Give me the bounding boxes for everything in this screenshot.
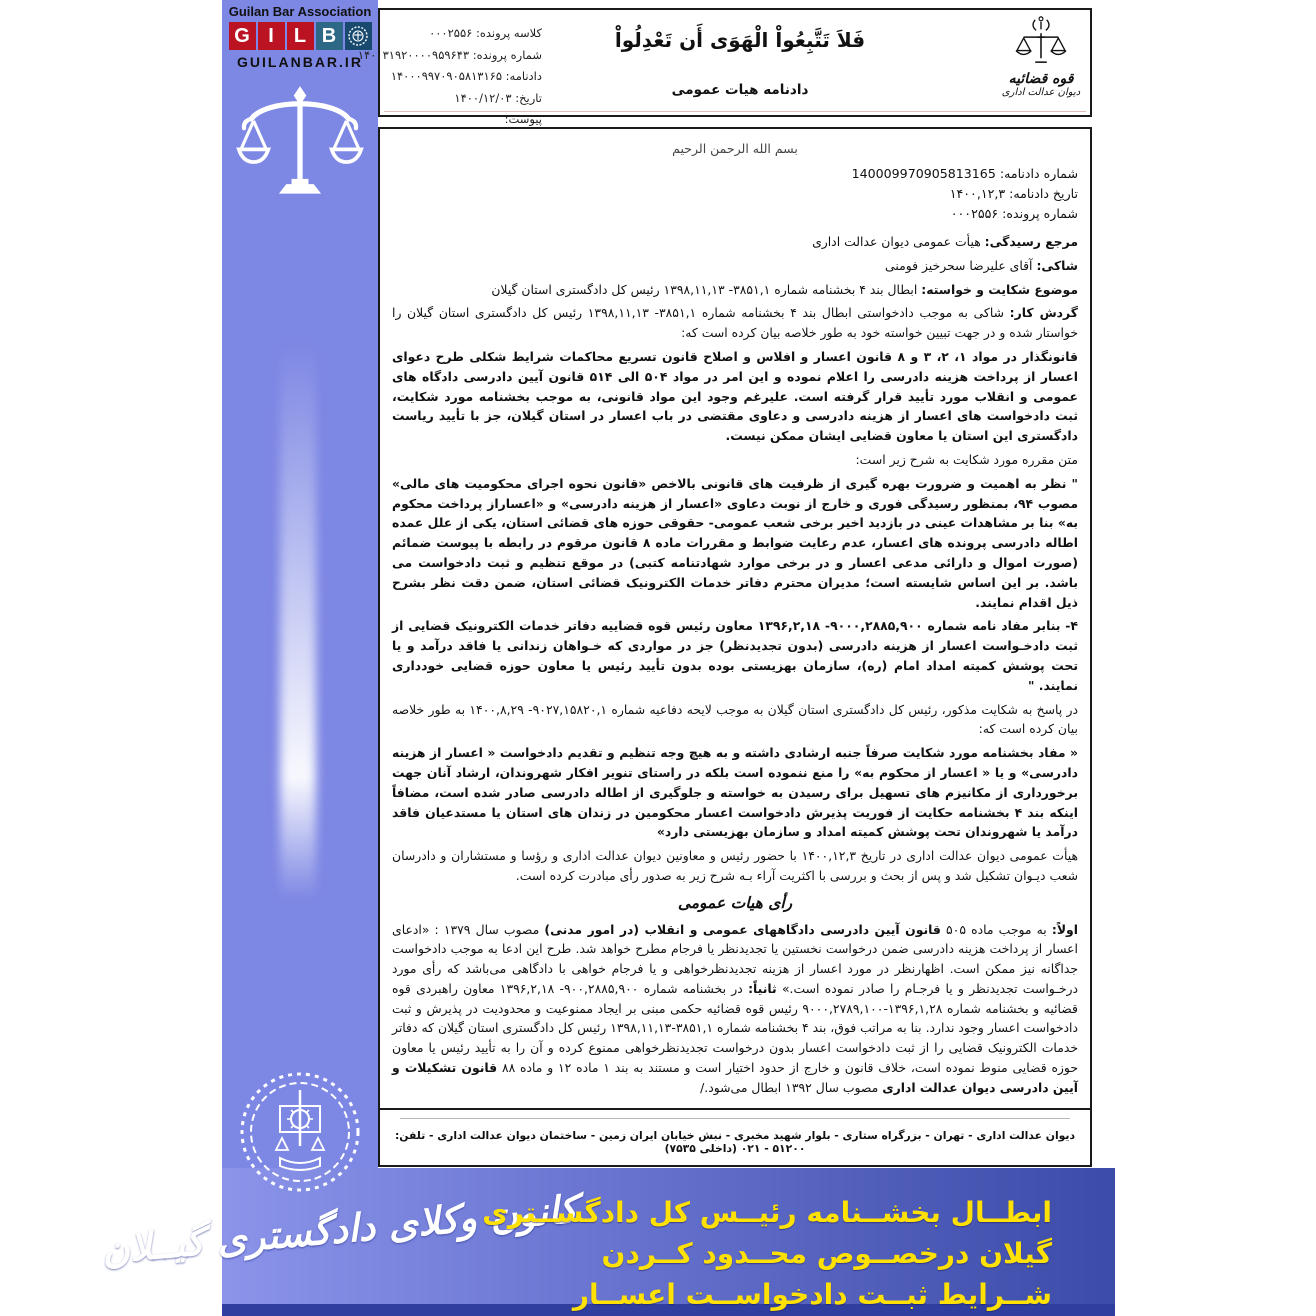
case-field-row: تاریخ: ۱۴۰۰/۱۲/۰۳ [394,88,542,110]
document: کلاسه پرونده: ۰۰۰۲۵۵۶شماره پرونده: ۱۴۰۰۳… [378,8,1092,1167]
quran-verse: فَلاَ تَتَّبِعُواْ الْهَوَى أَن تَعْدِلُ… [540,28,940,52]
decision-text: مرجع رسیدگی: هیأت عمومی دیوان عدالت ادار… [392,232,1078,1167]
paragraph: قانونگذار در مواد ۱، ۲، ۳ و ۸ قانون اعسا… [392,347,1078,446]
banner-line: ابطــال بخشــنامه رئیــس کل دادگســتری [636,1192,1052,1233]
paragraph: موضوع شکایت و خواسته: ابطال بند ۴ بخشنام… [392,280,1078,300]
paragraph: " نظر به اهمیت و ضرورت بهره گیری از ظرفی… [392,474,1078,613]
logo-letter-l: L [287,22,314,50]
footer-divider [400,1118,1070,1119]
judiciary-emblem: قوه قضائیه دیوان عدالت اداری [998,14,1084,98]
paragraph: اولاً: به موجب ماده ۵۰۵ قانون آیین دادرس… [392,920,1078,1098]
emblem-subtitle: دیوان عدالت اداری [998,87,1084,98]
judiciary-scales-icon [1012,14,1070,66]
paragraph: ۴- بنابر مفاد نامه شماره ۹۰۰۰,۲۸۸۵,۹۰۰- … [392,616,1078,695]
paragraph: متن مقرره مورد شکایت به شرح زیر است: [392,450,1078,470]
paragraph: شاکی: آقای علیرضا سحرخیز فومنی [392,256,1078,276]
document-header: کلاسه پرونده: ۰۰۰۲۵۵۶شماره پرونده: ۱۴۰۰۳… [378,8,1092,117]
logo-letter-g: G [229,22,256,50]
logo-website: GUILANBAR.IR [222,54,378,70]
guilan-bar-logo: Guilan Bar Association G I L B GUILANBAR… [222,4,378,70]
document-footer: دیوان عدالت اداری - تهران - بزرگراه ستار… [380,1108,1090,1165]
sidebar-light-streak [280,340,316,900]
meta-row: شماره پرونده: ۰۰۰۲۵۵۶ [392,204,1078,224]
case-field-row: کلاسه پرونده: ۰۰۰۲۵۵۶ [394,23,542,45]
logo-title: Guilan Bar Association [222,4,378,19]
paragraph: رأی هیات عمومی [392,894,1078,914]
scales-of-justice-icon [236,84,364,200]
meta-row: شماره دادنامه: 140009970905813165 [392,164,1078,184]
logo-letter-b: B [316,22,343,50]
banner-title: ابطــال بخشــنامه رئیــس کل دادگســتری گ… [636,1192,1052,1315]
case-field-row: شماره پرونده: ۱۴۰۰۳۱۹۲۰۰۰۰۹۵۹۶۴۳ [394,45,542,67]
court-address: دیوان عدالت اداری - تهران - بزرگراه ستار… [394,1129,1076,1155]
document-body: بسم الله الرحمن الرحیم شماره دادنامه: 14… [378,127,1092,1167]
emblem-title: قوه قضائیه [998,71,1084,87]
paragraph: در پاسخ به شکایت مذکور، رئیس کل دادگستری… [392,700,1078,740]
paragraph: مرجع رسیدگی: هیأت عمومی دیوان عدالت ادار… [392,232,1078,252]
paragraph: هیأت عمومی دیوان عدالت اداری در تاریخ ۱۴… [392,846,1078,886]
banner-line: گیلان درخصــوص محــدود کــردن [636,1233,1052,1274]
decision-meta: شماره دادنامه: 140009970905813165تاریخ د… [392,164,1078,224]
logo-letter-boxes: G I L B [222,22,378,50]
basmala: بسم الله الرحمن الرحیم [392,141,1078,156]
paragraph: گردش کار: شاکی به موجب دادخواستی ابطال ب… [392,303,1078,343]
banner-line: شــرایط ثبــت دادخواســت اعســار [636,1274,1052,1315]
header-divider [384,111,1086,112]
document-type: دادنامه هیات عمومی [540,82,940,98]
case-field-row: دادنامه: ۱۴۰۰۰۹۹۷۰۹۰۵۸۱۳۱۶۵ [394,66,542,88]
paragraph: « مفاد بخشنامه مورد شکایت صرفاً جنبه ارش… [392,743,1078,842]
case-fields: کلاسه پرونده: ۰۰۰۲۵۵۶شماره پرونده: ۱۴۰۰۳… [394,23,542,131]
bar-association-seal-icon [236,1068,364,1196]
meta-row: تاریخ دادنامه: ۱۴۰۰,۱۲,۳ [392,184,1078,204]
logo-letter-i: I [258,22,285,50]
